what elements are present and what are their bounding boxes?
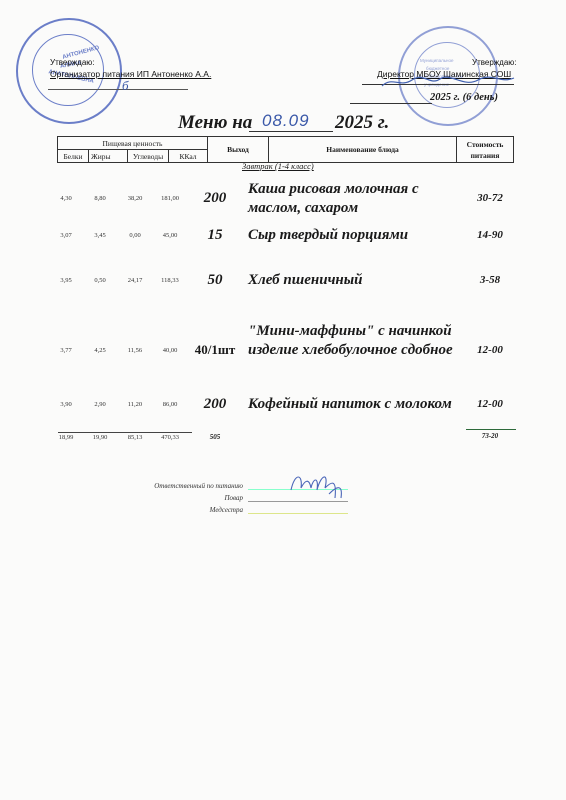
price-cell: 12-00 [460,344,520,356]
cost-header-line1: Стоимость [467,140,504,149]
proteins-cell: 3,95 [51,277,81,284]
right-signature [378,74,518,90]
menu-date-underline [249,131,333,132]
carbs-cell: 11,56 [120,347,150,354]
left-signature: б [122,78,129,94]
yield-cell: 200 [190,396,240,413]
totals-rule-right [466,429,516,430]
total-price: 73-20 [460,432,520,440]
dish-name-cell: Хлеб пшеничный [248,271,466,290]
kcal-cell: 118,33 [155,277,185,284]
carbs-cell: 38,20 [120,195,150,202]
total-fats: 19,90 [85,434,115,441]
fats-cell: 2,90 [85,401,115,408]
right-date-line [350,103,432,104]
fats-cell: 8,80 [85,195,115,202]
cook-label: Повар [113,494,243,502]
nutrition-group-header: Пищевая ценность [58,137,208,150]
yield-cell: 40/1шт [190,342,240,358]
carbs-cell: 24,17 [120,277,150,284]
menu-title-prefix: Меню на [178,112,252,134]
right-approve-label: Утверждаю: [472,58,517,67]
proteins-cell: 3,07 [51,232,81,239]
yield-cell: 50 [190,272,240,289]
carbs-header: Углеводы [128,150,169,163]
totals-rule-left [58,432,192,433]
total-proteins: 18,99 [51,434,81,441]
price-cell: 12-00 [460,398,520,410]
price-cell: 3-58 [460,274,520,286]
price-cell: 14-90 [460,229,520,241]
menu-title-suffix: 2025 г. [335,112,389,134]
kcal-cell: 45,00 [155,232,185,239]
nurse-label: Медсестра [113,506,243,514]
proteins-cell: 3,77 [51,347,81,354]
total-carbs: 85,13 [120,434,150,441]
kcal-cell: 40,00 [155,347,185,354]
fats-header: Жиры [89,150,128,163]
total-yield: 505 [190,433,240,441]
fats-cell: 3,45 [85,232,115,239]
proteins-cell: 3,90 [51,401,81,408]
left-approver-position: Организатор питания ИП Антоненко А.А. [50,69,211,79]
fats-cell: 0,50 [85,277,115,284]
right-approval-date: 2025 г. (6 день) [430,92,498,103]
yield-cell: 200 [190,190,240,207]
carbs-cell: 0,00 [120,232,150,239]
yield-header: Выход [208,137,269,163]
cost-header-line2: питания [471,151,500,160]
fats-cell: 4,25 [85,347,115,354]
dish-name-cell: "Мини-маффины" с начинкой изделие хлебоб… [248,322,466,360]
responsible-label: Ответственный по питанию [113,482,243,490]
total-kcal: 470,33 [155,434,185,441]
price-cell: 30-72 [460,192,520,204]
stamp-org-line: Муниципальное [420,58,454,63]
kcal-cell: 181,00 [155,195,185,202]
kcal-header: ККал [169,150,208,163]
dish-name-cell: Каша рисовая молочная с маслом, сахаром [248,180,466,218]
cost-header: Стоимость питания [457,137,514,163]
dish-name-header: Наименование блюда [269,137,457,163]
carbs-cell: 11,20 [120,401,150,408]
nurse-signature-line [248,513,348,514]
proteins-header: Белки [58,150,89,163]
kcal-cell: 86,00 [155,401,185,408]
left-signature-line [48,89,188,90]
menu-date-handwritten: 08.09 [262,111,310,131]
menu-table-header: Пищевая ценность Выход Наименование блюд… [57,136,514,163]
dish-name-cell: Кофейный напиток с молоком [248,395,466,414]
proteins-cell: 4,30 [51,195,81,202]
dish-name-cell: Сыр твердый порциями [248,226,466,245]
meal-section-title: Завтрак (1-4 класс) [242,161,314,171]
yield-cell: 15 [190,227,240,244]
responsible-signature [285,468,355,506]
left-approve-label: Утверждаю: [50,58,95,67]
